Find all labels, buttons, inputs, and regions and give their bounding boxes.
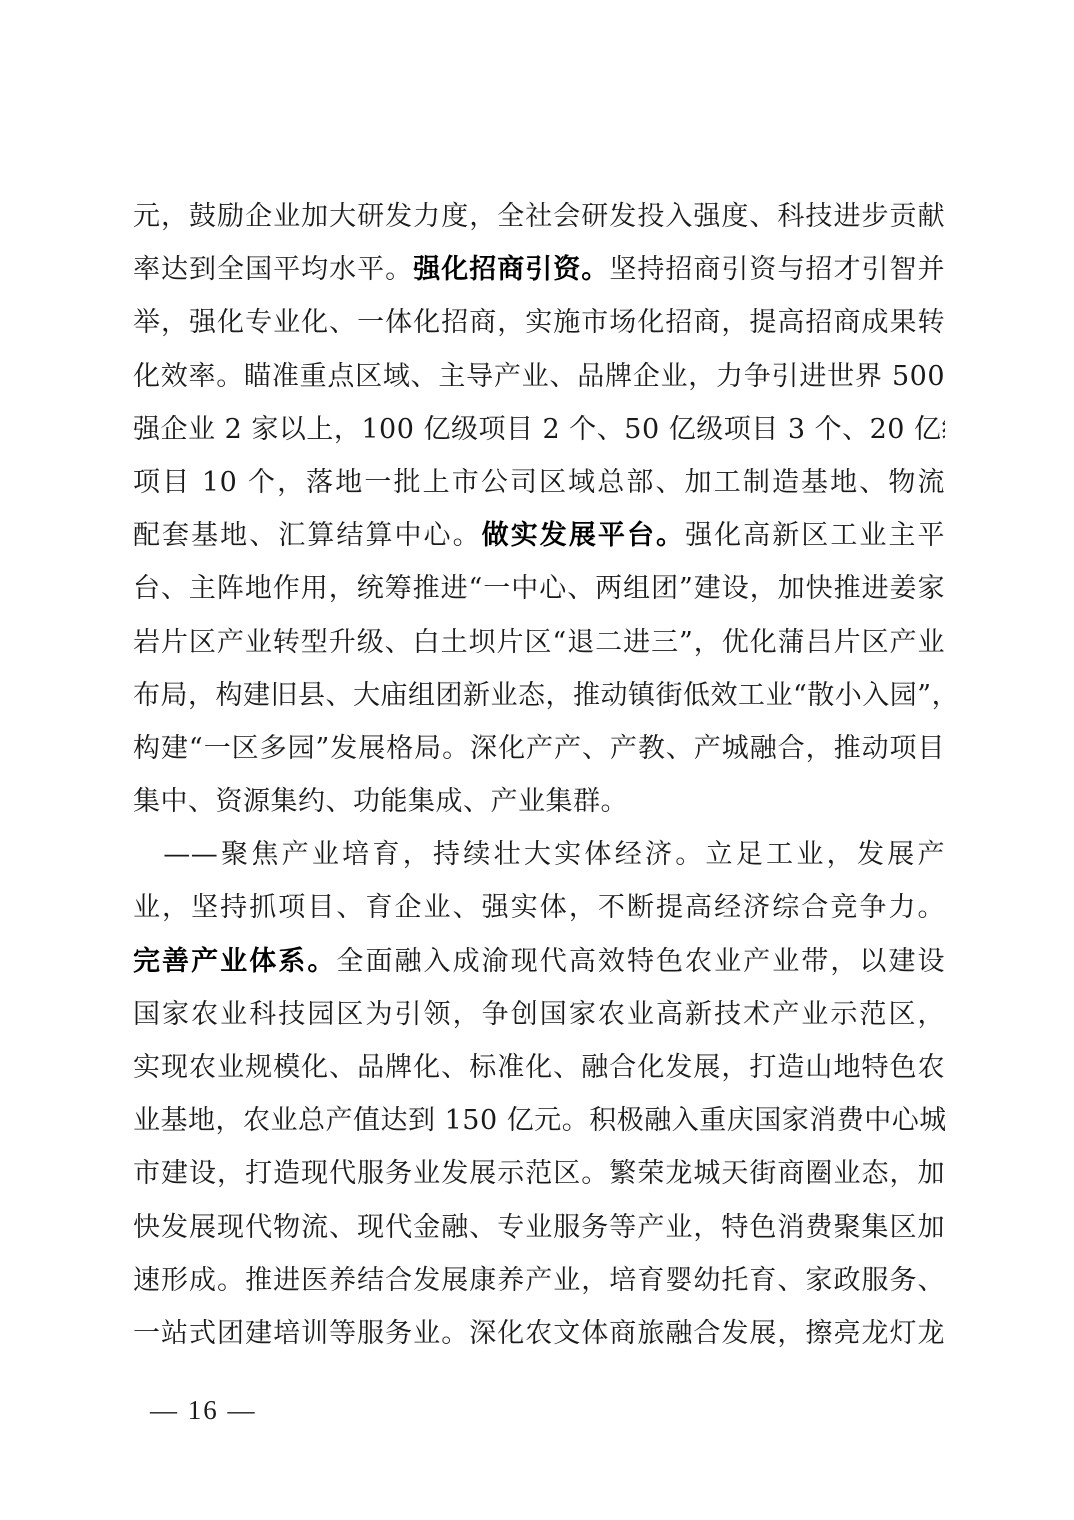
- text-segment: 元，鼓励企业加大研发力度，全社会研发投入强度、科技进步贡献: [133, 201, 945, 232]
- text-line: 举，强化专业化、一体化招商，实施市场化招商，提高招商成果转: [133, 296, 945, 349]
- bold-heading-phrase: 做实发展平台。: [482, 520, 685, 551]
- text-segment: 快发展现代物流、现代金融、专业服务等产业，特色消费聚集区加: [133, 1212, 945, 1243]
- text-line: 元，鼓励企业加大研发力度，全社会研发投入强度、科技进步贡献: [133, 190, 945, 243]
- body-text: 元，鼓励企业加大研发力度，全社会研发投入强度、科技进步贡献率达到全国平均水平。强…: [133, 190, 945, 1360]
- text-segment: 业，坚持抓项目、育企业、强实体，不断提高经济综合竞争力。: [133, 892, 945, 923]
- bold-heading-phrase: 强化招商引资。: [413, 254, 609, 285]
- text-line: 国家农业科技园区为引领，争创国家农业高新技术产业示范区，: [133, 988, 945, 1041]
- text-line: 实现农业规模化、品牌化、标准化、融合化发展，打造山地特色农: [133, 1041, 945, 1094]
- text-segment: 强化高新区工业主平: [685, 520, 945, 551]
- text-line: 强企业 2 家以上，100 亿级项目 2 个、50 亿级项目 3 个、20 亿级: [133, 403, 945, 456]
- document-page: 元，鼓励企业加大研发力度，全社会研发投入强度、科技进步贡献率达到全国平均水平。强…: [0, 0, 1074, 1520]
- text-segment: 国家农业科技园区为引领，争创国家农业高新技术产业示范区，: [133, 999, 945, 1030]
- text-segment: ——聚焦产业培育，持续壮大实体经济。立足工业，发展产: [133, 839, 945, 870]
- text-segment: 举，强化专业化、一体化招商，实施市场化招商，提高招商成果转: [133, 307, 945, 338]
- text-line: 业基地，农业总产值达到 150 亿元。积极融入重庆国家消费中心城: [133, 1094, 945, 1147]
- text-line: 市建设，打造现代服务业发展示范区。繁荣龙城天街商圈业态，加: [133, 1147, 945, 1200]
- page-number: — 16 —: [150, 1395, 257, 1426]
- text-line: 岩片区产业转型升级、白土坝片区“退二进三”，优化蒲吕片区产业: [133, 616, 945, 669]
- text-segment: 配套基地、汇算结算中心。: [133, 520, 482, 551]
- text-segment: 市建设，打造现代服务业发展示范区。繁荣龙城天街商圈业态，加: [133, 1158, 945, 1189]
- text-segment: 布局，构建旧县、大庙组团新业态，推动镇街低效工业“散小入园”，: [133, 680, 945, 711]
- text-segment: 率达到全国平均水平。: [133, 254, 413, 285]
- text-line: 构建“一区多园”发展格局。深化产产、产教、产城融合，推动项目: [133, 722, 945, 775]
- text-segment: 一站式团建培训等服务业。深化农文体商旅融合发展，擦亮龙灯龙: [133, 1318, 945, 1349]
- text-segment: 坚持招商引资与招才引智并: [609, 254, 945, 285]
- text-segment: 岩片区产业转型升级、白土坝片区“退二进三”，优化蒲吕片区产业: [133, 627, 945, 658]
- text-line: 业，坚持抓项目、育企业、强实体，不断提高经济综合竞争力。: [133, 881, 945, 934]
- text-line: 化效率。瞄准重点区域、主导产业、品牌企业，力争引进世界 500: [133, 350, 945, 403]
- text-line: 完善产业体系。全面融入成渝现代高效特色农业产业带，以建设: [133, 935, 945, 988]
- text-line: 布局，构建旧县、大庙组团新业态，推动镇街低效工业“散小入园”，: [133, 669, 945, 722]
- text-segment: 速形成。推进医养结合发展康养产业，培育婴幼托育、家政服务、: [133, 1265, 945, 1296]
- text-segment: 业基地，农业总产值达到 150 亿元。积极融入重庆国家消费中心城: [133, 1105, 945, 1136]
- text-segment: 构建“一区多园”发展格局。深化产产、产教、产城融合，推动项目: [133, 733, 945, 764]
- text-segment: 化效率。瞄准重点区域、主导产业、品牌企业，力争引进世界 500: [133, 361, 945, 392]
- text-line: 快发展现代物流、现代金融、专业服务等产业，特色消费聚集区加: [133, 1201, 945, 1254]
- text-line: 速形成。推进医养结合发展康养产业，培育婴幼托育、家政服务、: [133, 1254, 945, 1307]
- text-line: 一站式团建培训等服务业。深化农文体商旅融合发展，擦亮龙灯龙: [133, 1307, 945, 1360]
- text-line: 配套基地、汇算结算中心。做实发展平台。强化高新区工业主平: [133, 509, 945, 562]
- text-segment: 实现农业规模化、品牌化、标准化、融合化发展，打造山地特色农: [133, 1052, 945, 1083]
- bold-heading-phrase: 完善产业体系。: [133, 946, 336, 977]
- text-segment: 全面融入成渝现代高效特色农业产业带，以建设: [336, 946, 945, 977]
- text-line: 项目 10 个，落地一批上市公司区域总部、加工制造基地、物流: [133, 456, 945, 509]
- text-line: 集中、资源集约、功能集成、产业集群。: [133, 775, 945, 828]
- text-segment: 项目 10 个，落地一批上市公司区域总部、加工制造基地、物流: [133, 467, 945, 498]
- text-line: 率达到全国平均水平。强化招商引资。坚持招商引资与招才引智并: [133, 243, 945, 296]
- text-segment: 集中、资源集约、功能集成、产业集群。: [133, 786, 628, 817]
- text-line: ——聚焦产业培育，持续壮大实体经济。立足工业，发展产: [133, 828, 945, 881]
- text-segment: 台、主阵地作用，统筹推进“一中心、两组团”建设，加快推进姜家: [133, 573, 945, 604]
- text-segment: 强企业 2 家以上，100 亿级项目 2 个、50 亿级项目 3 个、20 亿级: [133, 414, 945, 445]
- text-line: 台、主阵地作用，统筹推进“一中心、两组团”建设，加快推进姜家: [133, 562, 945, 615]
